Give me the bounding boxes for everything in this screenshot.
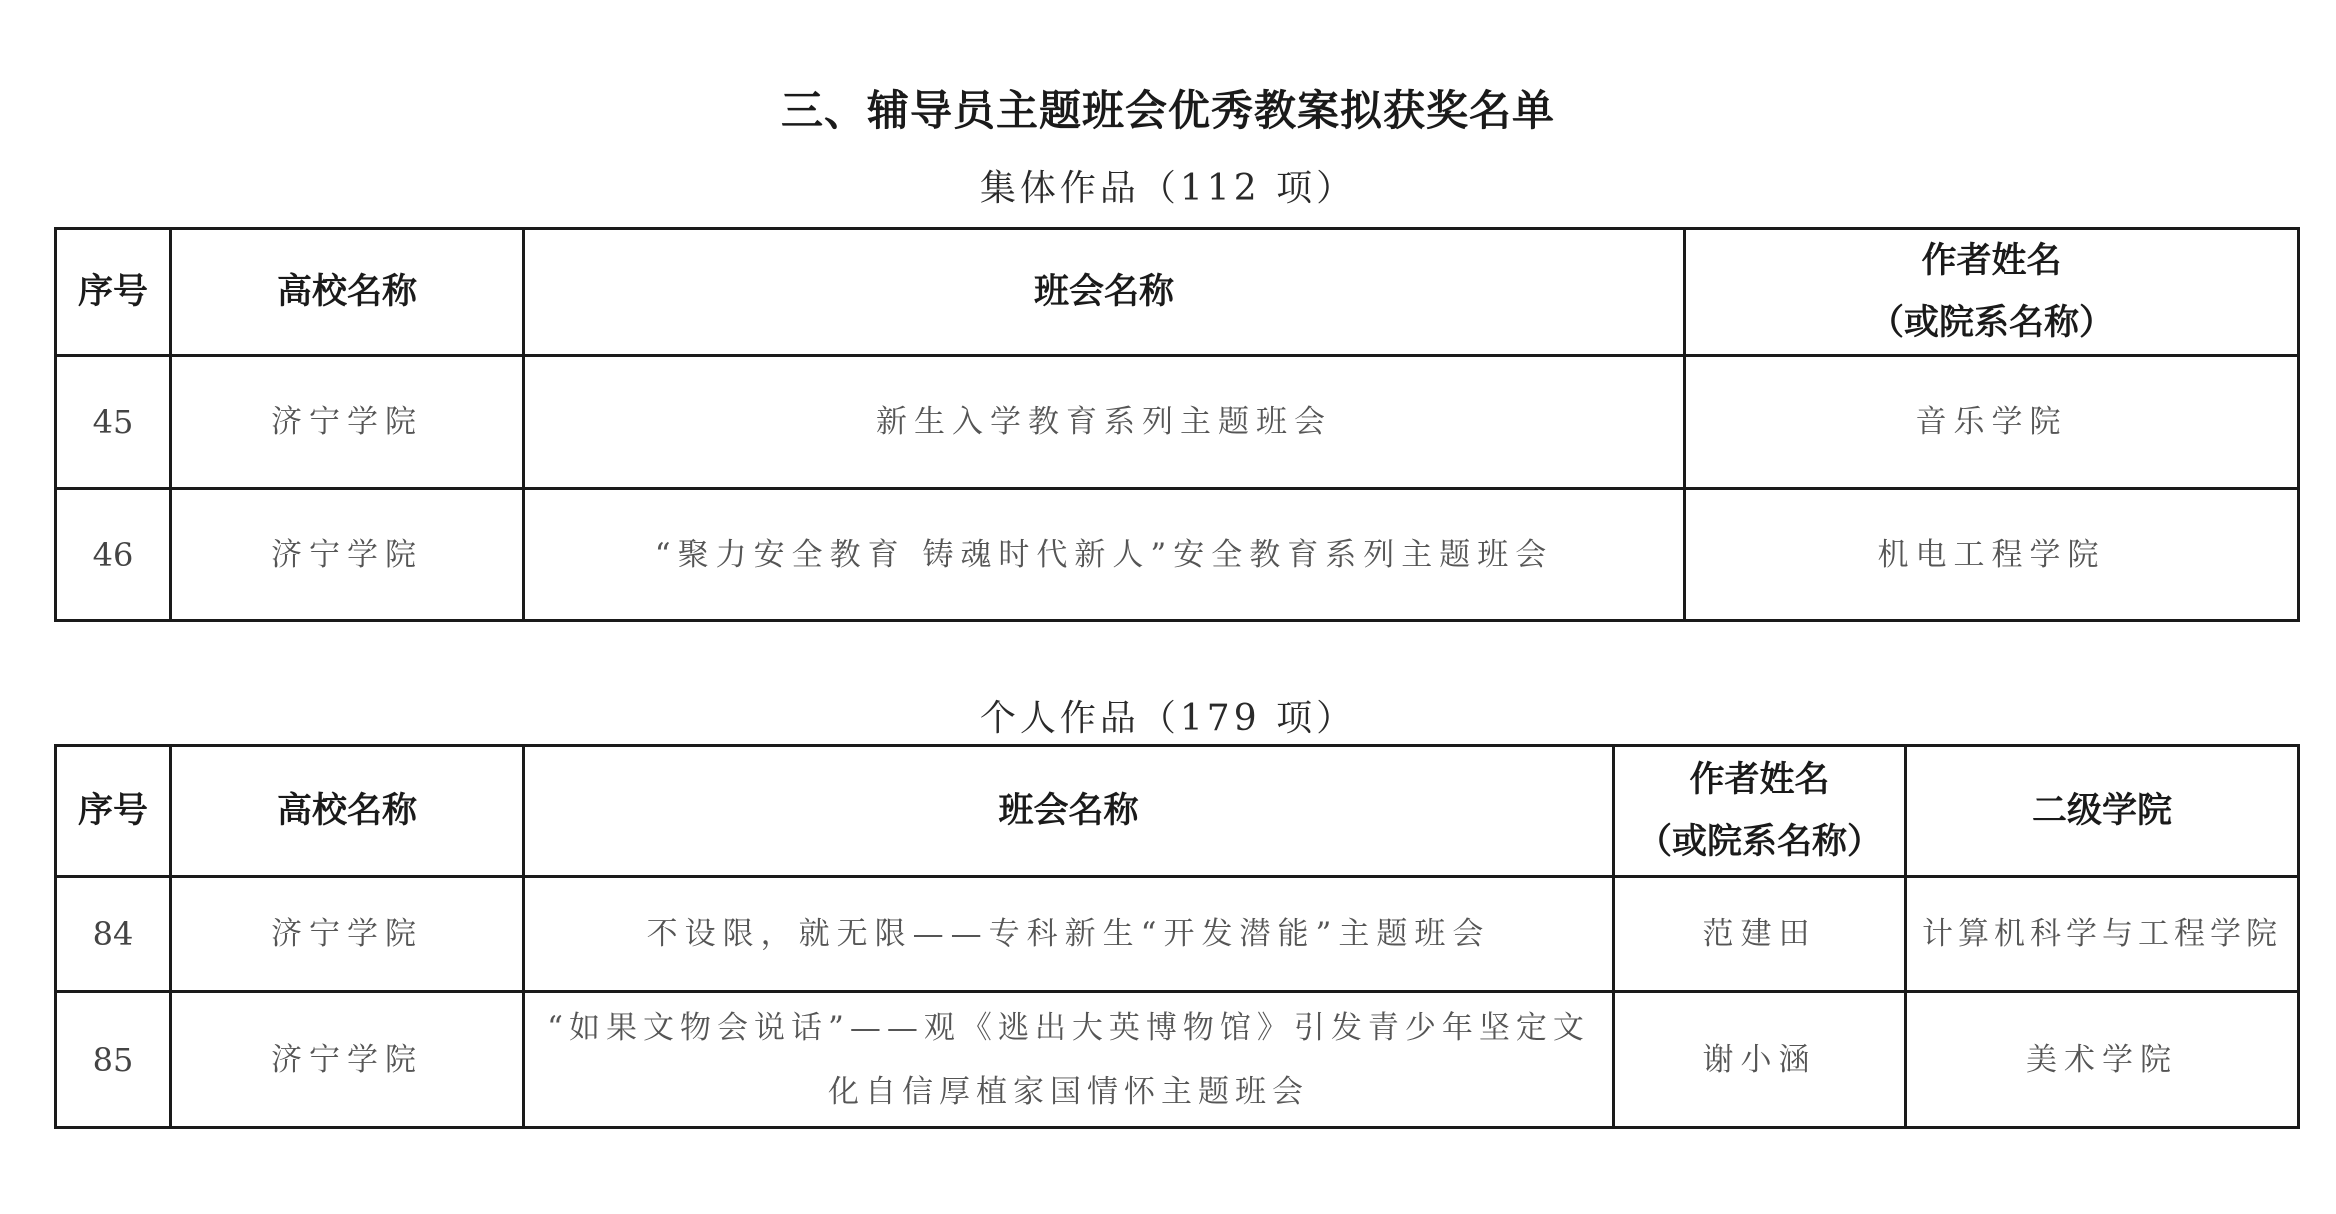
section-heading-individual: 个人作品（179 项）	[0, 690, 2336, 741]
cell-school: 济宁学院	[171, 356, 524, 489]
table-header-row: 序号 高校名称 班会名称 作者姓名 （或院系名称）	[56, 229, 2299, 356]
page-title: 三、辅导员主题班会优秀教案拟获奖名单	[0, 78, 2336, 138]
cell-meeting: 不设限，就无限——专科新生“开发潜能”主题班会	[524, 877, 1614, 992]
column-header-index: 序号	[56, 229, 171, 356]
cell-meeting-line2: 化自信厚植家国情怀主题班会	[525, 1060, 1612, 1124]
cell-meeting-line1: “如果文物会说话”——观《逃出大英博物馆》引发青少年坚定文	[525, 996, 1612, 1060]
cell-meeting: “聚力安全教育 铸魂时代新人”安全教育系列主题班会	[524, 489, 1685, 621]
cell-index: 85	[56, 992, 171, 1128]
section-heading-collective: 集体作品（112 项）	[0, 160, 2336, 211]
column-header-author: 作者姓名 （或院系名称）	[1614, 746, 1906, 877]
column-header-author-line2: （或院系名称）	[1615, 811, 1904, 873]
column-header-author-line2: （或院系名称）	[1696, 292, 2287, 354]
cell-author: 音乐学院	[1685, 356, 2299, 489]
column-header-meeting: 班会名称	[524, 229, 1685, 356]
table-row: 46 济宁学院 “聚力安全教育 铸魂时代新人”安全教育系列主题班会 机电工程学院	[56, 489, 2299, 621]
table-row: 85 济宁学院 “如果文物会说话”——观《逃出大英博物馆》引发青少年坚定文 化自…	[56, 992, 2299, 1128]
cell-index: 45	[56, 356, 171, 489]
cell-author: 谢小涵	[1614, 992, 1906, 1128]
column-header-school: 高校名称	[171, 229, 524, 356]
cell-school: 济宁学院	[171, 877, 524, 992]
cell-index: 84	[56, 877, 171, 992]
cell-college: 计算机科学与工程学院	[1906, 877, 2299, 992]
table-header-row: 序号 高校名称 班会名称 作者姓名 （或院系名称） 二级学院	[56, 746, 2299, 877]
cell-school: 济宁学院	[171, 489, 524, 621]
table-row: 84 济宁学院 不设限，就无限——专科新生“开发潜能”主题班会 范建田 计算机科…	[56, 877, 2299, 992]
column-header-college: 二级学院	[1906, 746, 2299, 877]
column-header-meeting: 班会名称	[524, 746, 1614, 877]
column-header-index: 序号	[56, 746, 171, 877]
individual-works-table: 序号 高校名称 班会名称 作者姓名 （或院系名称） 二级学院 84 济宁学院 不…	[54, 744, 2300, 1129]
cell-meeting: 新生入学教育系列主题班会	[524, 356, 1685, 489]
column-header-author-line1: 作者姓名	[1615, 749, 1904, 811]
cell-meeting: “如果文物会说话”——观《逃出大英博物馆》引发青少年坚定文 化自信厚植家国情怀主…	[524, 992, 1614, 1128]
cell-author: 范建田	[1614, 877, 1906, 992]
column-header-author-line1: 作者姓名	[1696, 230, 2287, 292]
cell-college: 美术学院	[1906, 992, 2299, 1128]
column-header-author: 作者姓名 （或院系名称）	[1685, 229, 2299, 356]
collective-works-table: 序号 高校名称 班会名称 作者姓名 （或院系名称） 45 济宁学院 新生入学教育…	[54, 227, 2300, 622]
column-header-school: 高校名称	[171, 746, 524, 877]
table-row: 45 济宁学院 新生入学教育系列主题班会 音乐学院	[56, 356, 2299, 489]
cell-author: 机电工程学院	[1685, 489, 2299, 621]
cell-school: 济宁学院	[171, 992, 524, 1128]
cell-index: 46	[56, 489, 171, 621]
